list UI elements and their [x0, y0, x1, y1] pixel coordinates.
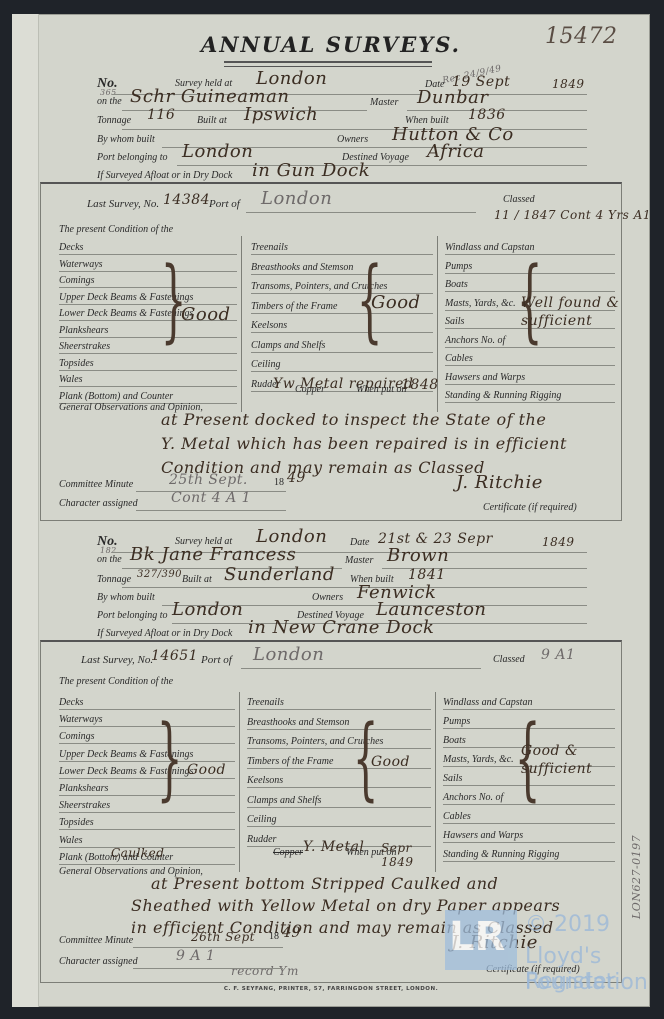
condition-label: Keelsons: [251, 320, 287, 331]
condition-row: Hawsers and Warps: [445, 372, 615, 385]
condition-label: Decks: [59, 697, 83, 708]
last-survey-value: 14384: [163, 192, 210, 208]
port-belonging-value: London: [182, 141, 253, 162]
on-the-label: on the: [97, 554, 122, 565]
condition-label: Sheerstrakes: [59, 800, 110, 811]
port-belonging-label: Port belonging to: [97, 152, 168, 163]
tonnage-value: 116: [147, 107, 175, 123]
year-value: 1849: [542, 535, 575, 549]
classed-value: 9 A1: [541, 647, 575, 663]
condition-row: Standing & Running Rigging: [443, 849, 615, 862]
paper-edge: [12, 14, 39, 1007]
condition-label: Clamps and Shelfs: [247, 795, 321, 806]
committee-year: 49: [287, 470, 306, 486]
condition-label: Boats: [445, 279, 468, 290]
condition-label: Wales: [59, 835, 83, 846]
dock-value: in Gun Dock: [252, 160, 370, 181]
port-belonging-label: Port belonging to: [97, 610, 168, 621]
condition-label: Clamps and Shelfs: [251, 340, 325, 351]
built-at-value: Ipswich: [244, 104, 318, 125]
condition-row: Keelsons: [251, 320, 433, 333]
character-assigned-value: 9 A 1: [176, 948, 215, 964]
condition-label: Sails: [443, 773, 462, 784]
surveyor-signature: J. Ritchie: [456, 472, 543, 493]
classed-value: 11 / 1847 Cont 4 Yrs A1: [494, 208, 651, 222]
col2-condition: Good: [371, 754, 410, 770]
built-at-label: Built at: [197, 115, 227, 126]
character-note: record Ym: [231, 964, 299, 978]
condition-row: Breasthooks and Stemson: [251, 262, 433, 275]
character-assigned-label: Character assigned: [59, 498, 138, 509]
condition-row: Sheerstrakes: [59, 341, 237, 354]
last-survey-label: Last Survey, No.: [87, 198, 159, 210]
condition-label: Topsides: [59, 358, 94, 369]
col3-condition: Well found & sufficient: [521, 294, 621, 330]
present-condition-label: The present Condition of the: [59, 224, 173, 235]
condition-row: Wales: [59, 374, 237, 387]
condition-label: Keelsons: [247, 775, 283, 786]
condition-label: Ceiling: [247, 814, 276, 825]
condition-label: Rudder: [247, 834, 276, 845]
condition-row: Hawsers and Warps: [443, 830, 615, 843]
condition-label: Cables: [443, 811, 471, 822]
when-built-value: 1841: [408, 567, 446, 583]
classed-label: Classed: [493, 654, 525, 665]
condition-row: Comings: [59, 731, 235, 744]
condition-row: Cables: [445, 353, 615, 366]
condition-label: Standing & Running Rigging: [443, 849, 559, 860]
condition-row: Waterways: [59, 714, 235, 727]
port-belonging-value: London: [172, 599, 243, 620]
copper-label: Copper: [273, 847, 303, 858]
condition-label: Timbers of the Frame: [251, 301, 337, 312]
condition-row: Standing & Running Rigging: [445, 390, 615, 403]
reference-number: 15472: [545, 24, 618, 49]
condition-label: Comings: [59, 275, 95, 286]
tonnage-label: Tonnage: [97, 115, 131, 126]
watermark-copyright: © 2019: [525, 912, 610, 937]
condition-label: Breasthooks and Stemson: [251, 262, 353, 273]
survey-document: ANNUAL SURVEYS. 15472 Rec 24/9/49 No. 36…: [12, 14, 650, 1007]
condition-label: Wales: [59, 374, 83, 385]
condition-label: Boats: [443, 735, 466, 746]
committee-year: 49: [282, 925, 301, 941]
port-of-value: London: [253, 644, 324, 665]
condition-row: Comings: [59, 275, 237, 288]
condition-label: Plankshears: [59, 325, 108, 336]
condition-label: Masts, Yards, &c.: [443, 754, 514, 765]
dock-label: If Surveyed Afloat or in Dry Dock: [97, 628, 232, 639]
destined-voyage-value: Africa: [427, 141, 485, 162]
condition-row: Treenails: [251, 242, 433, 255]
vessel-name: Bk Jane Francess: [130, 544, 296, 565]
condition-row: Plankshears: [59, 325, 237, 338]
condition-row: Breasthooks and Stemson: [247, 717, 431, 730]
condition-row: Waterways: [59, 259, 237, 272]
plank-note: Caulked: [111, 846, 164, 860]
certificate-label: Certificate (if required): [483, 502, 577, 513]
by-whom-built-label: By whom built: [97, 592, 155, 603]
condition-row: Topsides: [59, 817, 235, 830]
condition-label: Treenails: [247, 697, 284, 708]
committee-minute-value: 26th Sept: [191, 930, 255, 944]
tonnage-value: 327/390: [137, 569, 182, 580]
tonnage-label: Tonnage: [97, 574, 131, 585]
committee-minute-label: Committee Minute: [59, 935, 133, 946]
condition-label: Anchors No. of: [445, 335, 505, 346]
condition-label: Waterways: [59, 714, 103, 725]
condition-label: Ceiling: [251, 359, 280, 370]
port-of-value: London: [261, 188, 332, 209]
observation-line-1: at Present docked to inspect the State o…: [161, 410, 546, 429]
character-assigned-label: Character assigned: [59, 956, 138, 967]
condition-label: Sails: [445, 316, 464, 327]
condition-label: Topsides: [59, 817, 94, 828]
condition-row: Upper Deck Beams & Fastenings: [59, 292, 237, 305]
built-at-label: Built at: [182, 574, 212, 585]
condition-label: Cables: [445, 353, 473, 364]
year-value: 1849: [552, 77, 585, 91]
character-assigned-value: Cont 4 A 1: [171, 490, 251, 506]
observation-line-2: Y. Metal which has been repaired is in e…: [161, 434, 567, 453]
committee-minute-value: 25th Sept.: [169, 472, 248, 488]
condition-label: Waterways: [59, 259, 103, 270]
owners-label: Owners: [337, 134, 368, 145]
committee-year-prefix: 18: [274, 477, 284, 488]
last-survey-value: 14651: [151, 648, 198, 664]
watermark-org-line2: Foundation: [525, 970, 648, 995]
classed-label: Classed: [503, 194, 535, 205]
condition-row: Plankshears: [59, 783, 235, 796]
condition-label: Anchors No. of: [443, 792, 503, 803]
date-label: Date: [350, 537, 369, 548]
condition-label: Breasthooks and Stemson: [247, 717, 349, 728]
condition-label: Comings: [59, 731, 95, 742]
condition-label: Pumps: [443, 716, 470, 727]
dock-value: in New Crane Dock: [248, 617, 434, 638]
when-put-on-label: When put on: [356, 384, 407, 395]
title-rule: [224, 61, 432, 67]
condition-row: Upper Deck Beams & Fastenings: [59, 749, 235, 762]
survey-1-condition-box: Last Survey, No. 14384 Port of London Cl…: [40, 182, 622, 521]
condition-row: Clamps and Shelfs: [247, 795, 431, 808]
col3-condition: Good & sufficient: [521, 742, 621, 778]
condition-label: Plankshears: [59, 783, 108, 794]
condition-row: Decks: [59, 697, 235, 710]
condition-label: Plank (Bottom) and Counter: [59, 391, 173, 402]
condition-label: Decks: [59, 242, 83, 253]
master-label: Master: [370, 97, 398, 108]
condition-label: Standing & Running Rigging: [445, 390, 561, 401]
observation-line-1: at Present bottom Stripped Caulked and: [151, 874, 498, 893]
last-survey-label: Last Survey, No.: [81, 654, 153, 666]
col1-condition: Good: [187, 762, 226, 778]
condition-row: Ceiling: [247, 814, 431, 827]
condition-row: Transoms, Pointers, and Crutches: [247, 736, 431, 749]
condition-label: Sheerstrakes: [59, 341, 110, 352]
master-value: Brown: [387, 545, 449, 566]
condition-label: Pumps: [445, 261, 472, 272]
port-of-label: Port of: [209, 198, 240, 210]
dock-label: If Surveyed Afloat or in Dry Dock: [97, 170, 232, 181]
bracket-mark: }: [157, 714, 183, 804]
by-whom-built-label: By whom built: [97, 134, 155, 145]
committee-minute-label: Committee Minute: [59, 479, 133, 490]
condition-label: Treenails: [251, 242, 288, 253]
master-label: Master: [345, 555, 373, 566]
condition-label: Hawsers and Warps: [443, 830, 523, 841]
port-of-label: Port of: [201, 654, 232, 666]
when-put-on-value: Sepr 1849: [381, 841, 431, 869]
condition-row: Cables: [443, 811, 615, 824]
condition-row: Topsides: [59, 358, 237, 371]
archive-reference: LON627-0197: [630, 835, 643, 919]
condition-row: Ceiling: [251, 359, 433, 372]
bracket-mark: }: [161, 256, 187, 346]
owners-label: Owners: [312, 592, 343, 603]
condition-row: Sheerstrakes: [59, 800, 235, 813]
condition-label: Masts, Yards, &c.: [445, 298, 516, 309]
col2-condition: Good: [371, 292, 421, 313]
condition-label: Hawsers and Warps: [445, 372, 525, 383]
on-the-label: on the: [97, 96, 122, 107]
condition-row: Keelsons: [247, 775, 431, 788]
master-value: Dunbar: [417, 87, 488, 108]
condition-row: Clamps and Shelfs: [251, 340, 433, 353]
built-at-value: Sunderland: [224, 564, 335, 585]
present-condition-label: The present Condition of the: [59, 676, 173, 687]
condition-row: Decks: [59, 242, 237, 255]
condition-row: Treenails: [247, 697, 431, 710]
committee-year-prefix: 18: [269, 931, 279, 942]
col1-condition: Good: [181, 304, 231, 325]
when-put-on-value: 1848: [401, 377, 439, 393]
when-built-value: 1836: [468, 107, 506, 123]
condition-label: Timbers of the Frame: [247, 756, 333, 767]
lr-logo-icon: LR: [445, 910, 517, 970]
